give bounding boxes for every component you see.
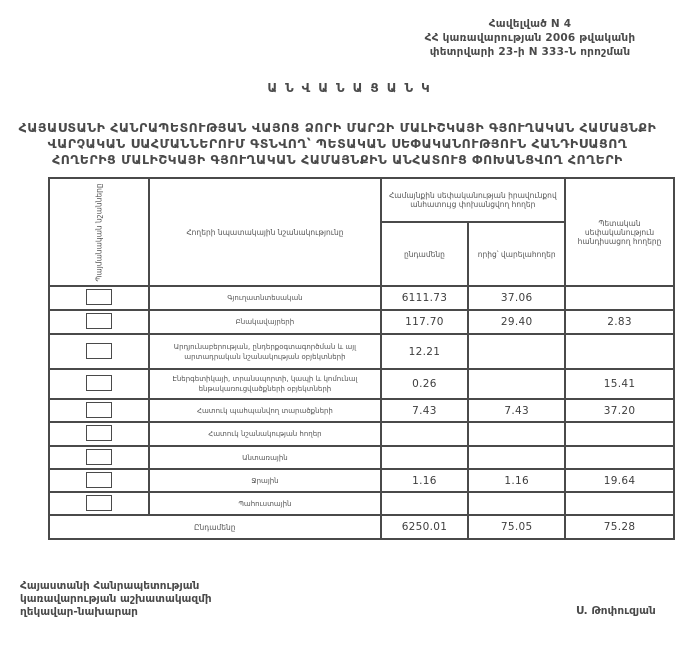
land-category: Էներգետիկայի, տրանսպորտի, կապի և կոմունա… xyxy=(149,369,380,399)
arable-area xyxy=(468,422,565,446)
total-area xyxy=(381,446,469,469)
arable-area xyxy=(468,334,565,369)
land-category: Անտառային xyxy=(149,446,380,469)
total-area: 7.43 xyxy=(381,399,469,422)
table-row: Բնակավայրերի117.7029.402.83 xyxy=(49,310,674,334)
land-category: Արդյունաբերության, ընդերքօգտագործման և ա… xyxy=(149,334,380,369)
legend-symbol-icon xyxy=(86,313,112,329)
total-area-sum: 6250.01 xyxy=(381,515,469,539)
state-area: 37.20 xyxy=(565,399,674,422)
symbol-cell xyxy=(49,399,149,422)
legend-symbol-icon xyxy=(86,289,112,305)
symbol-cell xyxy=(49,446,149,469)
subtitle-line-2: ՎԱՐՉԱԿԱՆ ՍԱՀՄԱՆՆԵՐՈՒՄ ԳՏՆՎՈՂ՝ ՊԵՏԱԿԱՆ ՍԵ… xyxy=(10,136,665,152)
symbol-cell xyxy=(49,286,149,310)
legend-symbol-icon xyxy=(86,472,112,488)
total-area: 0.26 xyxy=(381,369,469,399)
arable-area: 1.16 xyxy=(468,469,565,492)
table-row: Անտառային xyxy=(49,446,674,469)
annex-date: փետրվարի 23-ի N 333-Ն որոշման xyxy=(405,45,655,59)
total-area: 1.16 xyxy=(381,469,469,492)
legend-symbol-icon xyxy=(86,425,112,441)
arable-area: 7.43 xyxy=(468,399,565,422)
total-area: 12.21 xyxy=(381,334,469,369)
table-row: Պահուստային xyxy=(49,492,674,515)
header-total: ընդամենը xyxy=(381,222,469,286)
signatory-name: Ս. Թոփուզյան xyxy=(576,605,656,617)
symbol-cell xyxy=(49,422,149,446)
header-arable: որից՝ վարելահողեր xyxy=(468,222,565,286)
total-area xyxy=(381,492,469,515)
state-area xyxy=(565,446,674,469)
land-category: Հատուկ նշանակության հողեր xyxy=(149,422,380,446)
arable-area xyxy=(468,369,565,399)
document-title: ԱՆՎԱՆԱՑԱՆԿ xyxy=(0,81,675,95)
land-category: Ջրային xyxy=(149,469,380,492)
state-area xyxy=(565,286,674,310)
state-area xyxy=(565,422,674,446)
state-area xyxy=(565,334,674,369)
symbol-cell xyxy=(49,310,149,334)
table-row: Հատուկ նշանակության հողեր xyxy=(49,422,674,446)
land-table: Պայմանական նշանները Հողերի նպատակային նշ… xyxy=(48,177,675,540)
arable-area-sum: 75.05 xyxy=(468,515,565,539)
total-row: Ընդամենը6250.0175.0575.28 xyxy=(49,515,674,539)
total-area xyxy=(381,422,469,446)
header-transferred-group: Համայնքին սեփականության իրավունքով անհատ… xyxy=(381,178,565,222)
legend-symbol-icon xyxy=(86,402,112,418)
land-category: Բնակավայրերի xyxy=(149,310,380,334)
table-row: Հատուկ պահպանվող տարածքների7.437.4337.20 xyxy=(49,399,674,422)
symbol-cell xyxy=(49,334,149,369)
annex-decision: ՀՀ կառավարության 2006 թվականի xyxy=(405,31,655,45)
legend-symbol-icon xyxy=(86,343,112,359)
signatory-title: Հայաստանի Հանրապետության կառավարության ա… xyxy=(20,580,212,619)
state-area: 2.83 xyxy=(565,310,674,334)
legend-symbol-icon xyxy=(86,495,112,511)
state-area-sum: 75.28 xyxy=(565,515,674,539)
header-state-owned: Պետական սեփականություն հանդիսացող հողերը xyxy=(565,178,674,286)
arable-area xyxy=(468,492,565,515)
legend-symbol-icon xyxy=(86,375,112,391)
table-row: Արդյունաբերության, ընդերքօգտագործման և ա… xyxy=(49,334,674,369)
signatory-line-2: կառավարության աշխատակազմի xyxy=(20,593,212,606)
subtitle-line-3: ՀՈՂԵՐԻՑ ՄԱԼԻՇԿԱՅԻ ԳՅՈՒՂԱԿԱՆ ՀԱՄԱՅՆՔԻՆ ԱՆ… xyxy=(10,152,665,168)
header-name: Հողերի նպատակային նշանակությունը xyxy=(149,178,380,286)
symbol-cell xyxy=(49,369,149,399)
table-row: Ջրային1.161.1619.64 xyxy=(49,469,674,492)
total-label: Ընդամենը xyxy=(49,515,381,539)
header-code: Պայմանական նշանները xyxy=(49,178,149,286)
state-area: 15.41 xyxy=(565,369,674,399)
state-area xyxy=(565,492,674,515)
annex-reference: Հավելված N 4 ՀՀ կառավարության 2006 թվակա… xyxy=(405,17,655,59)
signatory-line-1: Հայաստանի Հանրապետության xyxy=(20,580,212,593)
symbol-cell xyxy=(49,469,149,492)
total-area: 117.70 xyxy=(381,310,469,334)
arable-area: 29.40 xyxy=(468,310,565,334)
land-category: Պահուստային xyxy=(149,492,380,515)
legend-symbol-icon xyxy=(86,449,112,465)
document-subtitle: ՀԱՅԱՍՏԱՆԻ ՀԱՆՐԱՊԵՏՈՒԹՅԱՆ ՎԱՅՈՑ ՁՈՐԻ ՄԱՐԶ… xyxy=(10,120,665,168)
symbol-cell xyxy=(49,492,149,515)
subtitle-line-1: ՀԱՅԱՍՏԱՆԻ ՀԱՆՐԱՊԵՏՈՒԹՅԱՆ ՎԱՅՈՑ ՁՈՐԻ ՄԱՐԶ… xyxy=(10,120,665,136)
table-row: Գյուղատնտեսական6111.7337.06 xyxy=(49,286,674,310)
table-row: Էներգետիկայի, տրանսպորտի, կապի և կոմունա… xyxy=(49,369,674,399)
state-area: 19.64 xyxy=(565,469,674,492)
land-category: Գյուղատնտեսական xyxy=(149,286,380,310)
arable-area: 37.06 xyxy=(468,286,565,310)
header-code-label: Պայմանական նշանները xyxy=(94,183,105,281)
land-category: Հատուկ պահպանվող տարածքների xyxy=(149,399,380,422)
arable-area xyxy=(468,446,565,469)
signatory-line-3: ղեկավար-նախարար xyxy=(20,606,212,619)
annex-number: Հավելված N 4 xyxy=(405,17,655,31)
total-area: 6111.73 xyxy=(381,286,469,310)
